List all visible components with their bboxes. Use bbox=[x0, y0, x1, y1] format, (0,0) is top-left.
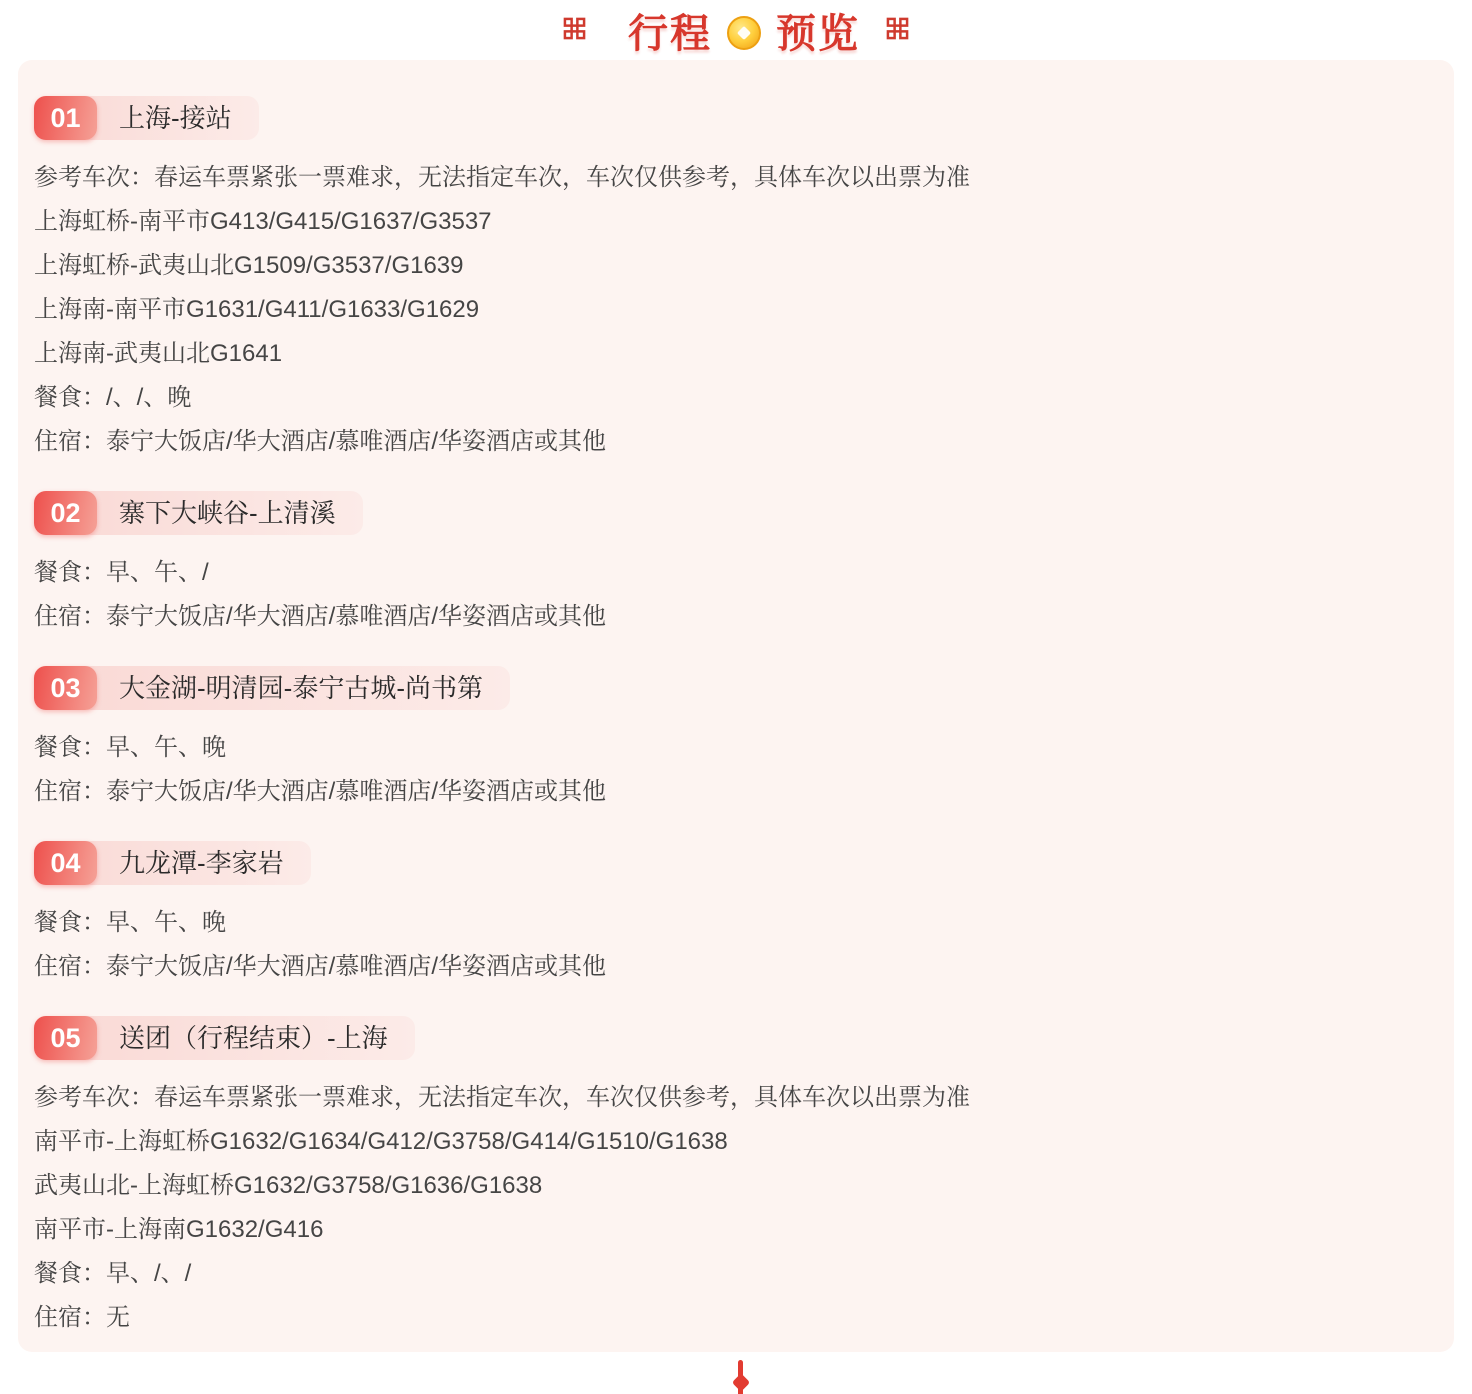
day-badge: 02 寨下大峡谷-上清溪 bbox=[34, 491, 363, 535]
page-header: 行程 预览 bbox=[0, 0, 1472, 60]
timeline-pin-icon bbox=[738, 1360, 743, 1394]
day-number-badge: 05 bbox=[34, 1016, 97, 1060]
day-badge: 05 送团（行程结束）-上海 bbox=[34, 1016, 415, 1060]
itinerary-line: 上海南-南平市G1631/G411/G1633/G1629 bbox=[34, 288, 1438, 332]
knot-ornament-icon bbox=[563, 17, 586, 40]
itinerary-line: 住宿：泰宁大饭店/华大酒店/慕唯酒店/华姿酒店或其他 bbox=[34, 420, 1438, 464]
day-number-badge: 01 bbox=[34, 96, 97, 140]
itinerary-line: 餐食：早、/、/ bbox=[34, 1252, 1438, 1296]
itinerary-line: 餐食：早、午、/ bbox=[34, 551, 1438, 595]
day-content: 餐食：早、午、晚 住宿：泰宁大饭店/华大酒店/慕唯酒店/华姿酒店或其他 bbox=[34, 901, 1438, 989]
itinerary-line: 上海南-武夷山北G1641 bbox=[34, 332, 1438, 376]
day-content: 餐食：早、午、/ 住宿：泰宁大饭店/华大酒店/慕唯酒店/华姿酒店或其他 bbox=[34, 551, 1438, 639]
day-content: 参考车次：春运车票紧张一票难求，无法指定车次，车次仅供参考，具体车次以出票为准 … bbox=[34, 156, 1438, 464]
itinerary-line: 武夷山北-上海虹桥G1632/G3758/G1636/G1638 bbox=[34, 1164, 1438, 1208]
day-title: 寨下大峡谷-上清溪 bbox=[97, 491, 363, 535]
itinerary-line: 住宿：无 bbox=[34, 1296, 1438, 1340]
page-title-part2: 预览 bbox=[776, 2, 860, 59]
itinerary-line: 住宿：泰宁大饭店/华大酒店/慕唯酒店/华姿酒店或其他 bbox=[34, 945, 1438, 989]
day-title: 九龙潭-李家岩 bbox=[97, 841, 311, 885]
day-content: 参考车次：春运车票紧张一票难求，无法指定车次，车次仅供参考，具体车次以出票为准 … bbox=[34, 1076, 1438, 1340]
day-content: 餐食：早、午、晚 住宿：泰宁大饭店/华大酒店/慕唯酒店/华姿酒店或其他 bbox=[34, 726, 1438, 814]
itinerary-line: 上海虹桥-武夷山北G1509/G3537/G1639 bbox=[34, 244, 1438, 288]
day-number-badge: 04 bbox=[34, 841, 97, 885]
itinerary-line: 南平市-上海南G1632/G416 bbox=[34, 1208, 1438, 1252]
itinerary-line: 参考车次：春运车票紧张一票难求，无法指定车次，车次仅供参考，具体车次以出票为准 bbox=[34, 1076, 1438, 1120]
day-section-02: 02 寨下大峡谷-上清溪 餐食：早、午、/ 住宿：泰宁大饭店/华大酒店/慕唯酒店… bbox=[34, 491, 1438, 639]
itinerary-line: 上海虹桥-南平市G413/G415/G1637/G3537 bbox=[34, 200, 1438, 244]
day-title: 上海-接站 bbox=[97, 96, 259, 140]
itinerary-line: 餐食：/、/、晚 bbox=[34, 376, 1438, 420]
itinerary-line: 餐食：早、午、晚 bbox=[34, 726, 1438, 770]
day-badge: 01 上海-接站 bbox=[34, 96, 259, 140]
knot-ornament-icon bbox=[886, 17, 909, 40]
day-title: 大金湖-明清园-泰宁古城-尚书第 bbox=[97, 666, 510, 710]
day-number-badge: 03 bbox=[34, 666, 97, 710]
itinerary-line: 餐食：早、午、晚 bbox=[34, 901, 1438, 945]
day-title: 送团（行程结束）-上海 bbox=[97, 1016, 415, 1060]
itinerary-line: 住宿：泰宁大饭店/华大酒店/慕唯酒店/华姿酒店或其他 bbox=[34, 595, 1438, 639]
page-title-part1: 行程 bbox=[628, 2, 712, 59]
day-section-04: 04 九龙潭-李家岩 餐食：早、午、晚 住宿：泰宁大饭店/华大酒店/慕唯酒店/华… bbox=[34, 841, 1438, 989]
coin-icon bbox=[726, 15, 762, 51]
itinerary-line: 南平市-上海虹桥G1632/G1634/G412/G3758/G414/G151… bbox=[34, 1120, 1438, 1164]
itinerary-line: 参考车次：春运车票紧张一票难求，无法指定车次，车次仅供参考，具体车次以出票为准 bbox=[34, 156, 1438, 200]
day-number-badge: 02 bbox=[34, 491, 97, 535]
day-section-03: 03 大金湖-明清园-泰宁古城-尚书第 餐食：早、午、晚 住宿：泰宁大饭店/华大… bbox=[34, 666, 1438, 814]
itinerary-line: 住宿：泰宁大饭店/华大酒店/慕唯酒店/华姿酒店或其他 bbox=[34, 770, 1438, 814]
day-badge: 04 九龙潭-李家岩 bbox=[34, 841, 311, 885]
day-section-01: 01 上海-接站 参考车次：春运车票紧张一票难求，无法指定车次，车次仅供参考，具… bbox=[34, 96, 1438, 464]
itinerary-panel: 01 上海-接站 参考车次：春运车票紧张一票难求，无法指定车次，车次仅供参考，具… bbox=[18, 60, 1454, 1352]
day-badge: 03 大金湖-明清园-泰宁古城-尚书第 bbox=[34, 666, 510, 710]
day-section-05: 05 送团（行程结束）-上海 参考车次：春运车票紧张一票难求，无法指定车次，车次… bbox=[34, 1016, 1438, 1340]
